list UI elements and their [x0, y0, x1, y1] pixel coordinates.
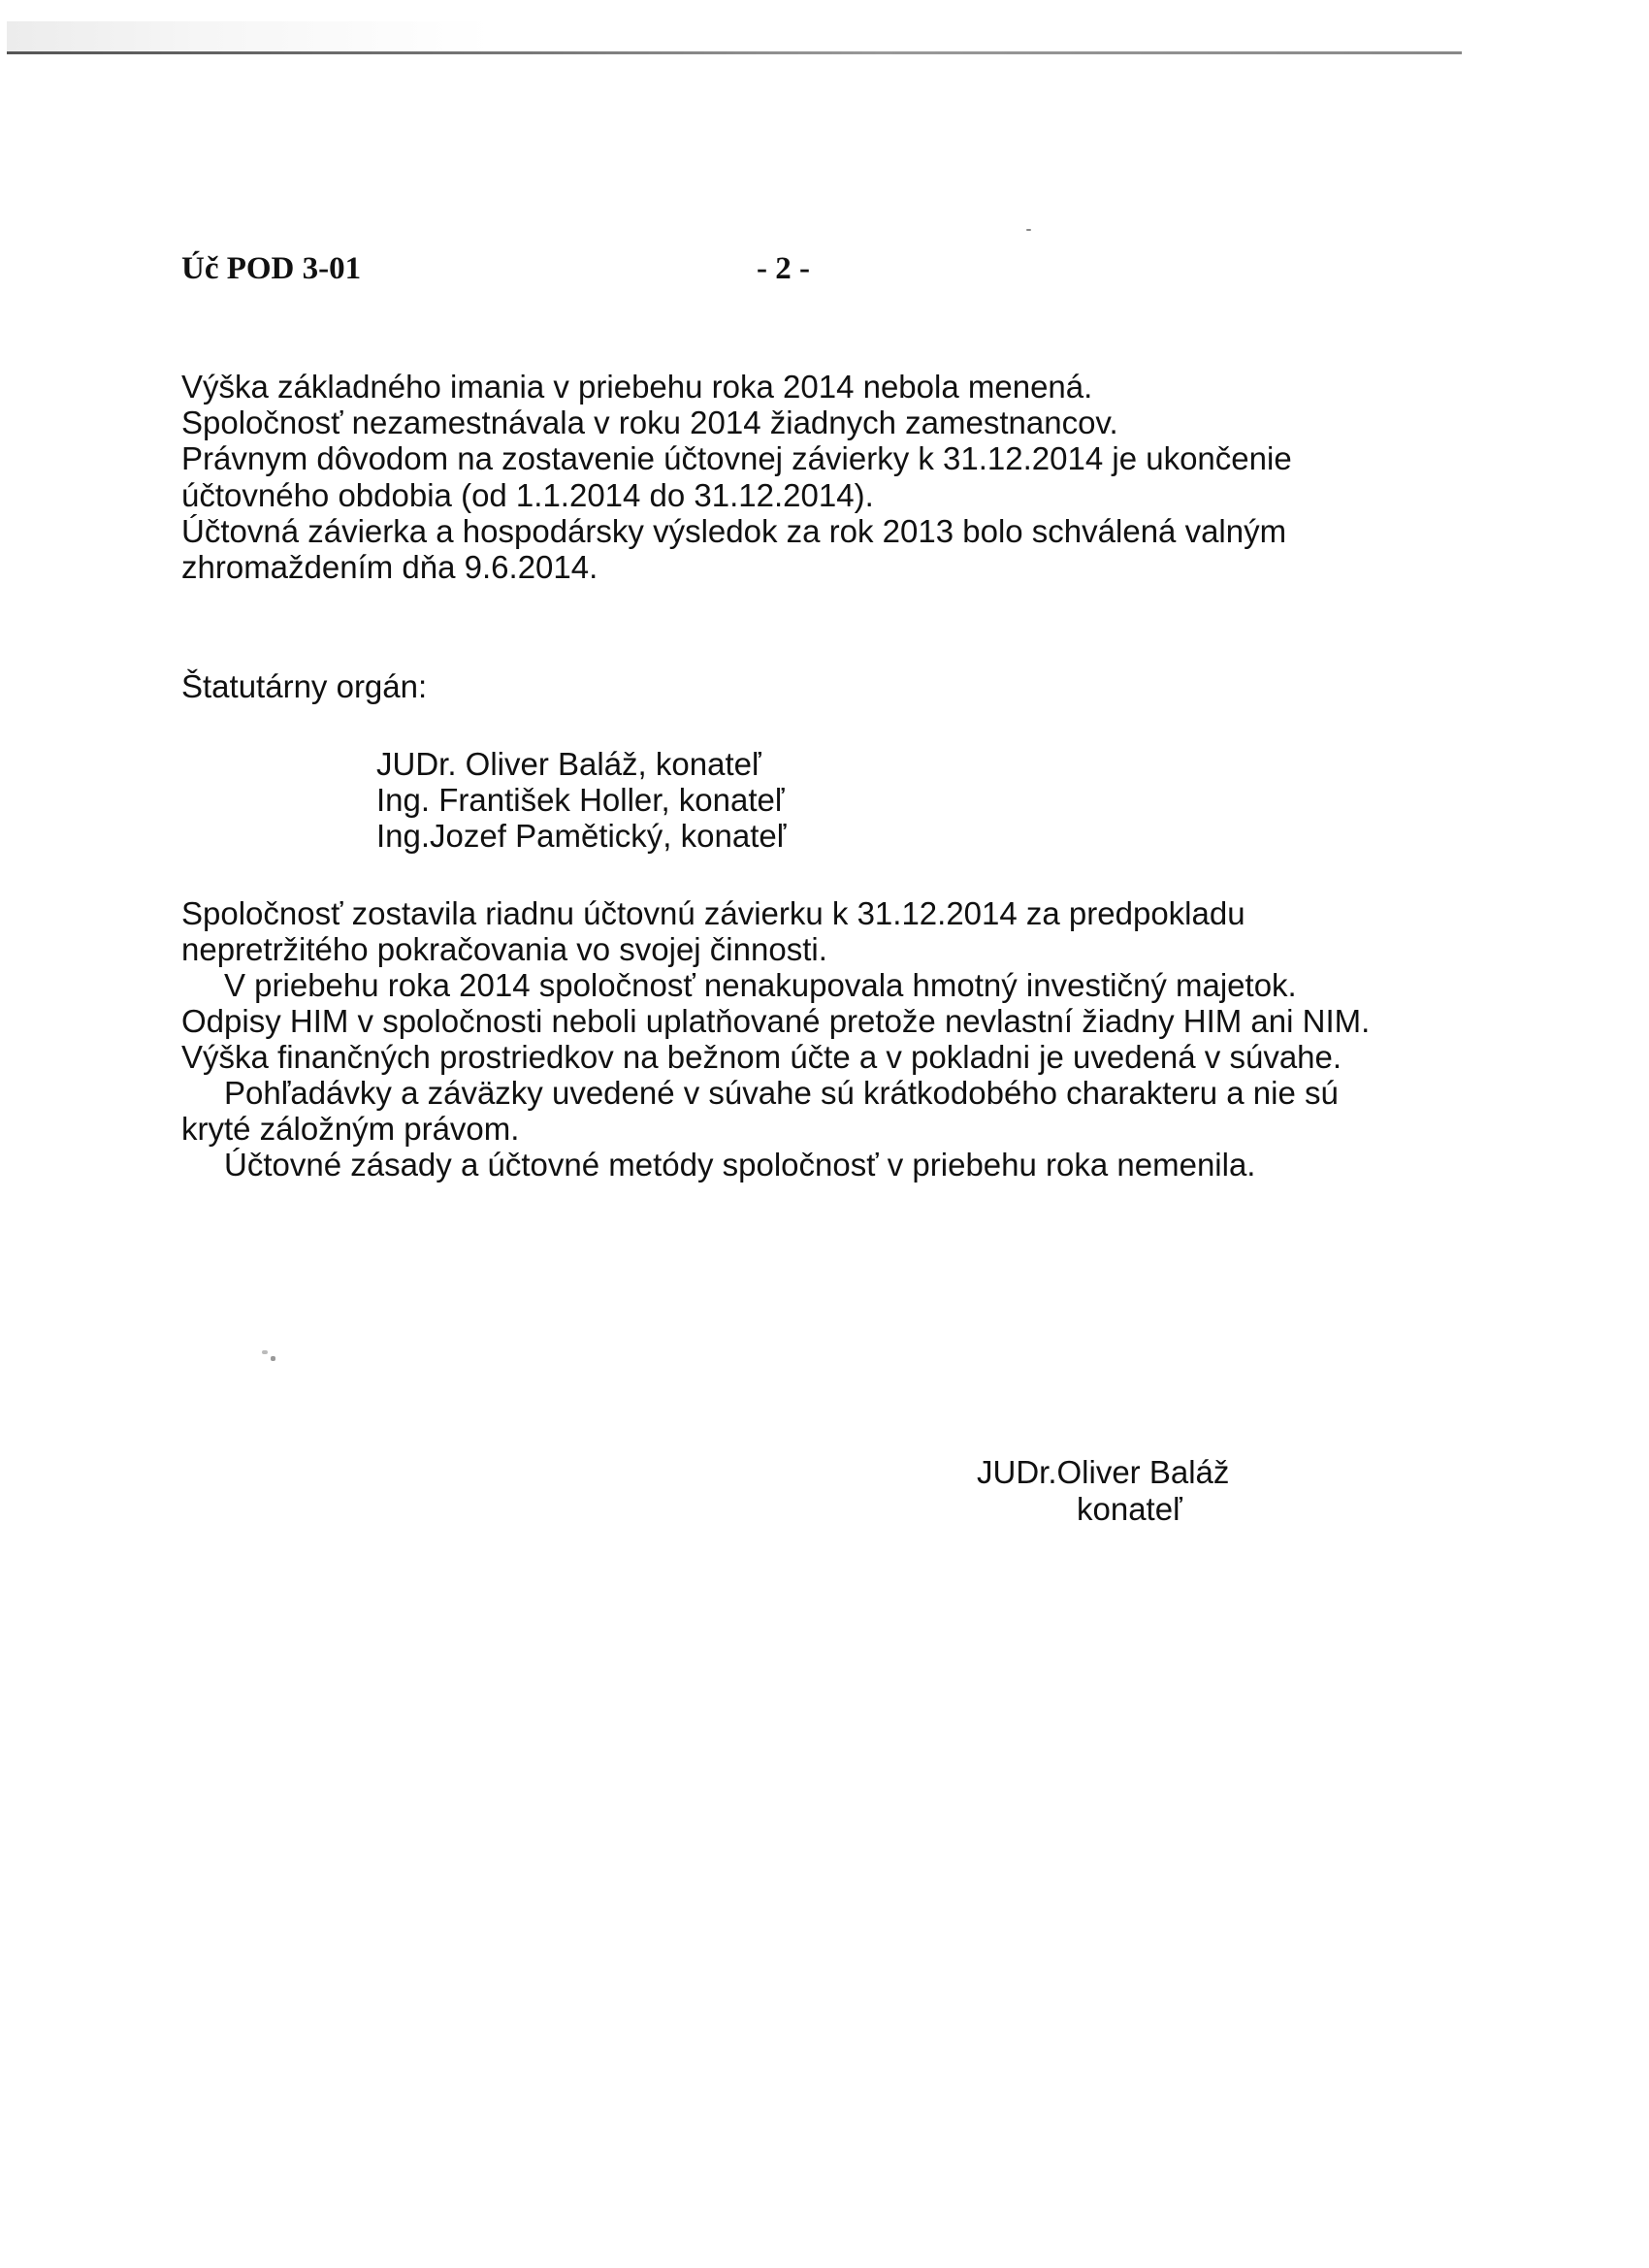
text-line: Spoločnosť zostavila riadnu účtovnú závi… [181, 896, 1245, 931]
statutory-member: JUDr. Oliver Baláž, konateľ [376, 747, 761, 782]
text-line: nepretržitého pokračovania vo svojej čin… [181, 932, 827, 967]
text-line: zhromaždením dňa 9.6.2014. [181, 550, 598, 585]
scanned-page: Úč POD 3-01 - 2 - Výška základného imani… [0, 0, 1649, 2268]
text-line: Spoločnosť nezamestnávala v roku 2014 ži… [181, 405, 1118, 440]
scan-edge-shadow [7, 21, 492, 52]
signatory-title: konateľ [1077, 1492, 1182, 1527]
scan-speck [271, 1356, 275, 1361]
scan-speck [262, 1350, 268, 1354]
text-line: Výška základného imania v priebehu roka … [181, 370, 1092, 405]
top-rule [7, 51, 1462, 54]
text-line: účtovného obdobia (od 1.1.2014 do 31.12.… [181, 478, 874, 513]
statutory-body-label: Štatutárny orgán: [181, 669, 427, 704]
text-line: Účtovné zásady a účtovné metódy spoločno… [224, 1148, 1255, 1183]
signatory-name: JUDr.Oliver Baláž [977, 1455, 1229, 1490]
text-line: Právnym dôvodom na zostavenie účtovnej z… [181, 441, 1292, 476]
text-line: Odpisy HIM v spoločnosti neboli uplatňov… [181, 1004, 1370, 1039]
statutory-member: Ing.Jozef Pamětický, konateľ [376, 819, 786, 854]
page-number: - 2 - [757, 251, 810, 287]
text-line: kryté záložným právom. [181, 1112, 519, 1147]
text-line: Účtovná závierka a hospodársky výsledok … [181, 514, 1286, 549]
text-line: Pohľadávky a záväzky uvedené v súvahe sú… [224, 1076, 1339, 1111]
text-line: Výška finančných prostriedkov na bežnom … [181, 1040, 1342, 1075]
document-code: Úč POD 3-01 [181, 251, 361, 287]
statutory-member: Ing. František Holler, konateľ [376, 783, 785, 818]
text-line: V priebehu roka 2014 spoločnosť nenakupo… [224, 968, 1297, 1003]
scan-speck [1026, 229, 1031, 231]
